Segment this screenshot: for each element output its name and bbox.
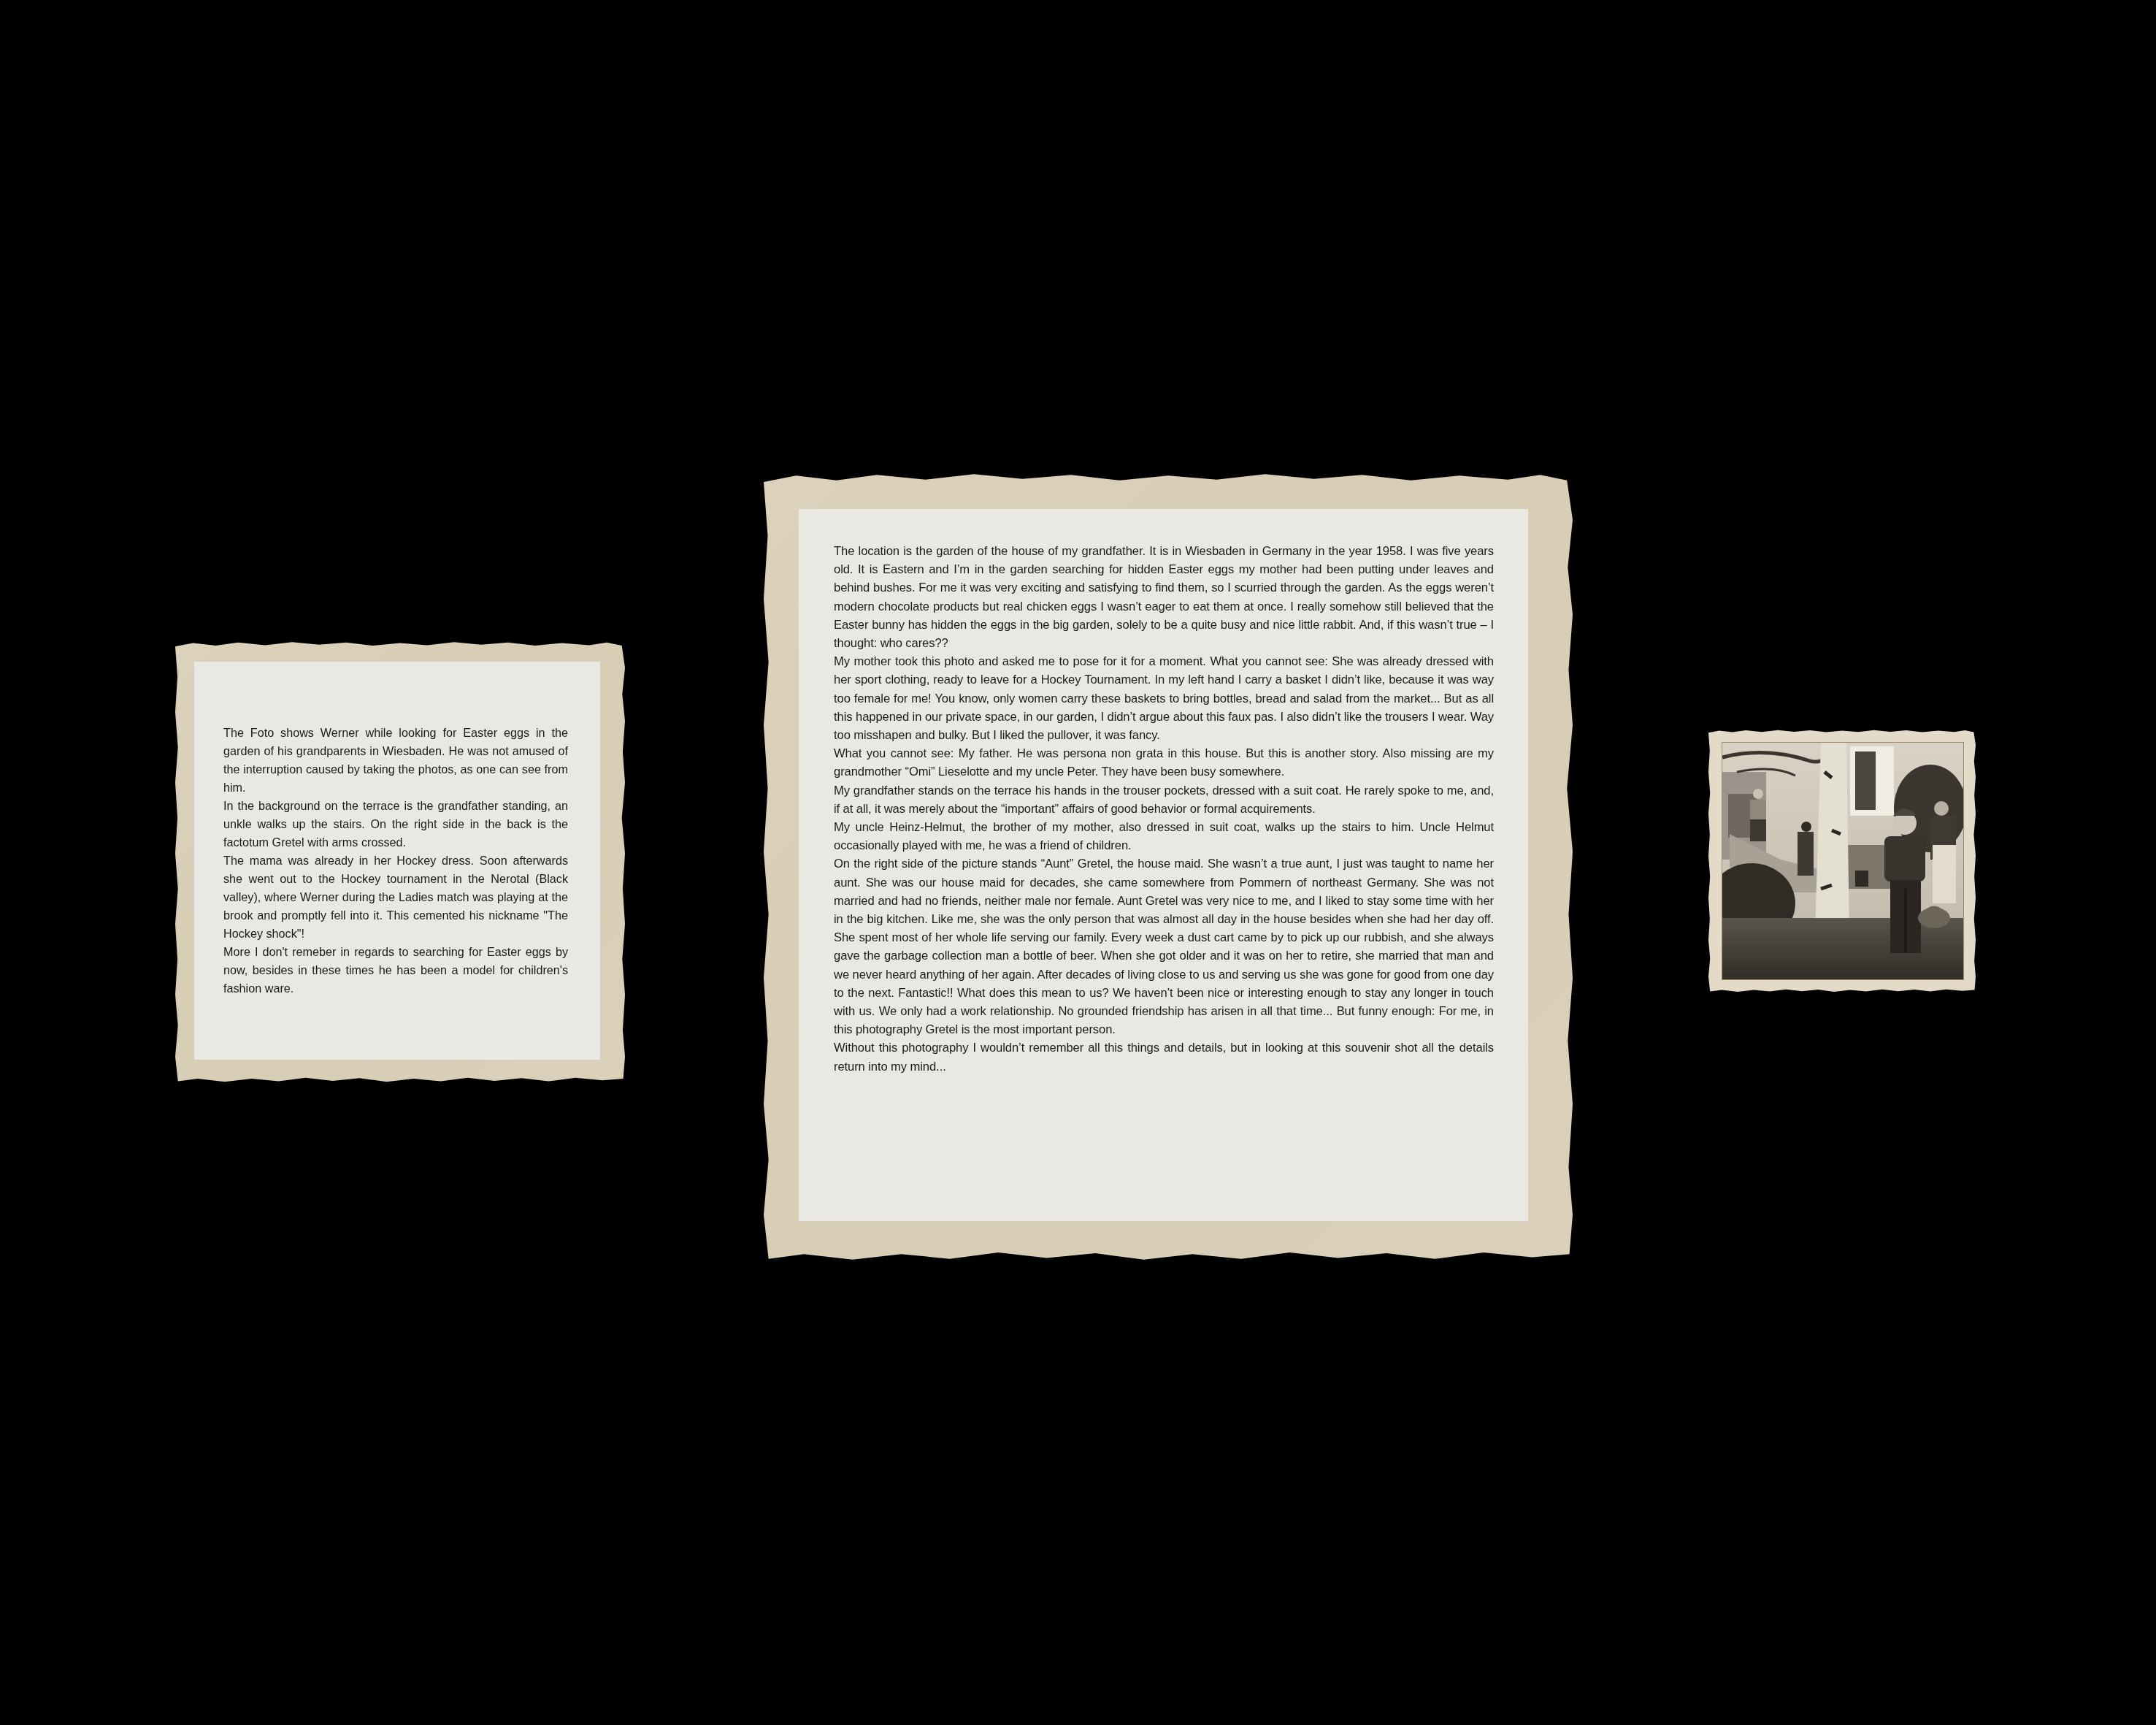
- vintage-photo: [1722, 742, 1964, 980]
- paragraph: My uncle Heinz-Helmut, the brother of my…: [834, 818, 1494, 854]
- paragraph: The mama was already in her Hockey dress…: [223, 852, 568, 944]
- paragraph: What you cannot see: My father. He was p…: [834, 744, 1494, 781]
- center-story-text: The location is the garden of the house …: [834, 542, 1494, 1076]
- paragraph: The location is the garden of the house …: [834, 542, 1494, 652]
- paragraph: On the right side of the picture stands …: [834, 854, 1494, 1039]
- paragraph: In the background on the terrace is the …: [223, 798, 568, 852]
- photo-scene-illustration: [1722, 743, 1963, 979]
- paragraph: My mother took this photo and asked me t…: [834, 652, 1494, 744]
- paragraph: More I don't remeber in regards to searc…: [223, 944, 568, 998]
- paragraph: My grandfather stands on the terrace his…: [834, 781, 1494, 818]
- center-story-panel: The location is the garden of the house …: [799, 509, 1528, 1221]
- left-caption-card: The Foto shows Werner while looking for …: [175, 641, 625, 1083]
- vintage-photo-card: [1708, 730, 1976, 992]
- left-caption-text: The Foto shows Werner while looking for …: [223, 724, 568, 998]
- left-caption-panel: The Foto shows Werner while looking for …: [194, 662, 600, 1060]
- paragraph: The Foto shows Werner while looking for …: [223, 724, 568, 798]
- paragraph: Without this photography I wouldn’t reme…: [834, 1039, 1494, 1075]
- center-story-card: The location is the garden of the house …: [764, 473, 1573, 1262]
